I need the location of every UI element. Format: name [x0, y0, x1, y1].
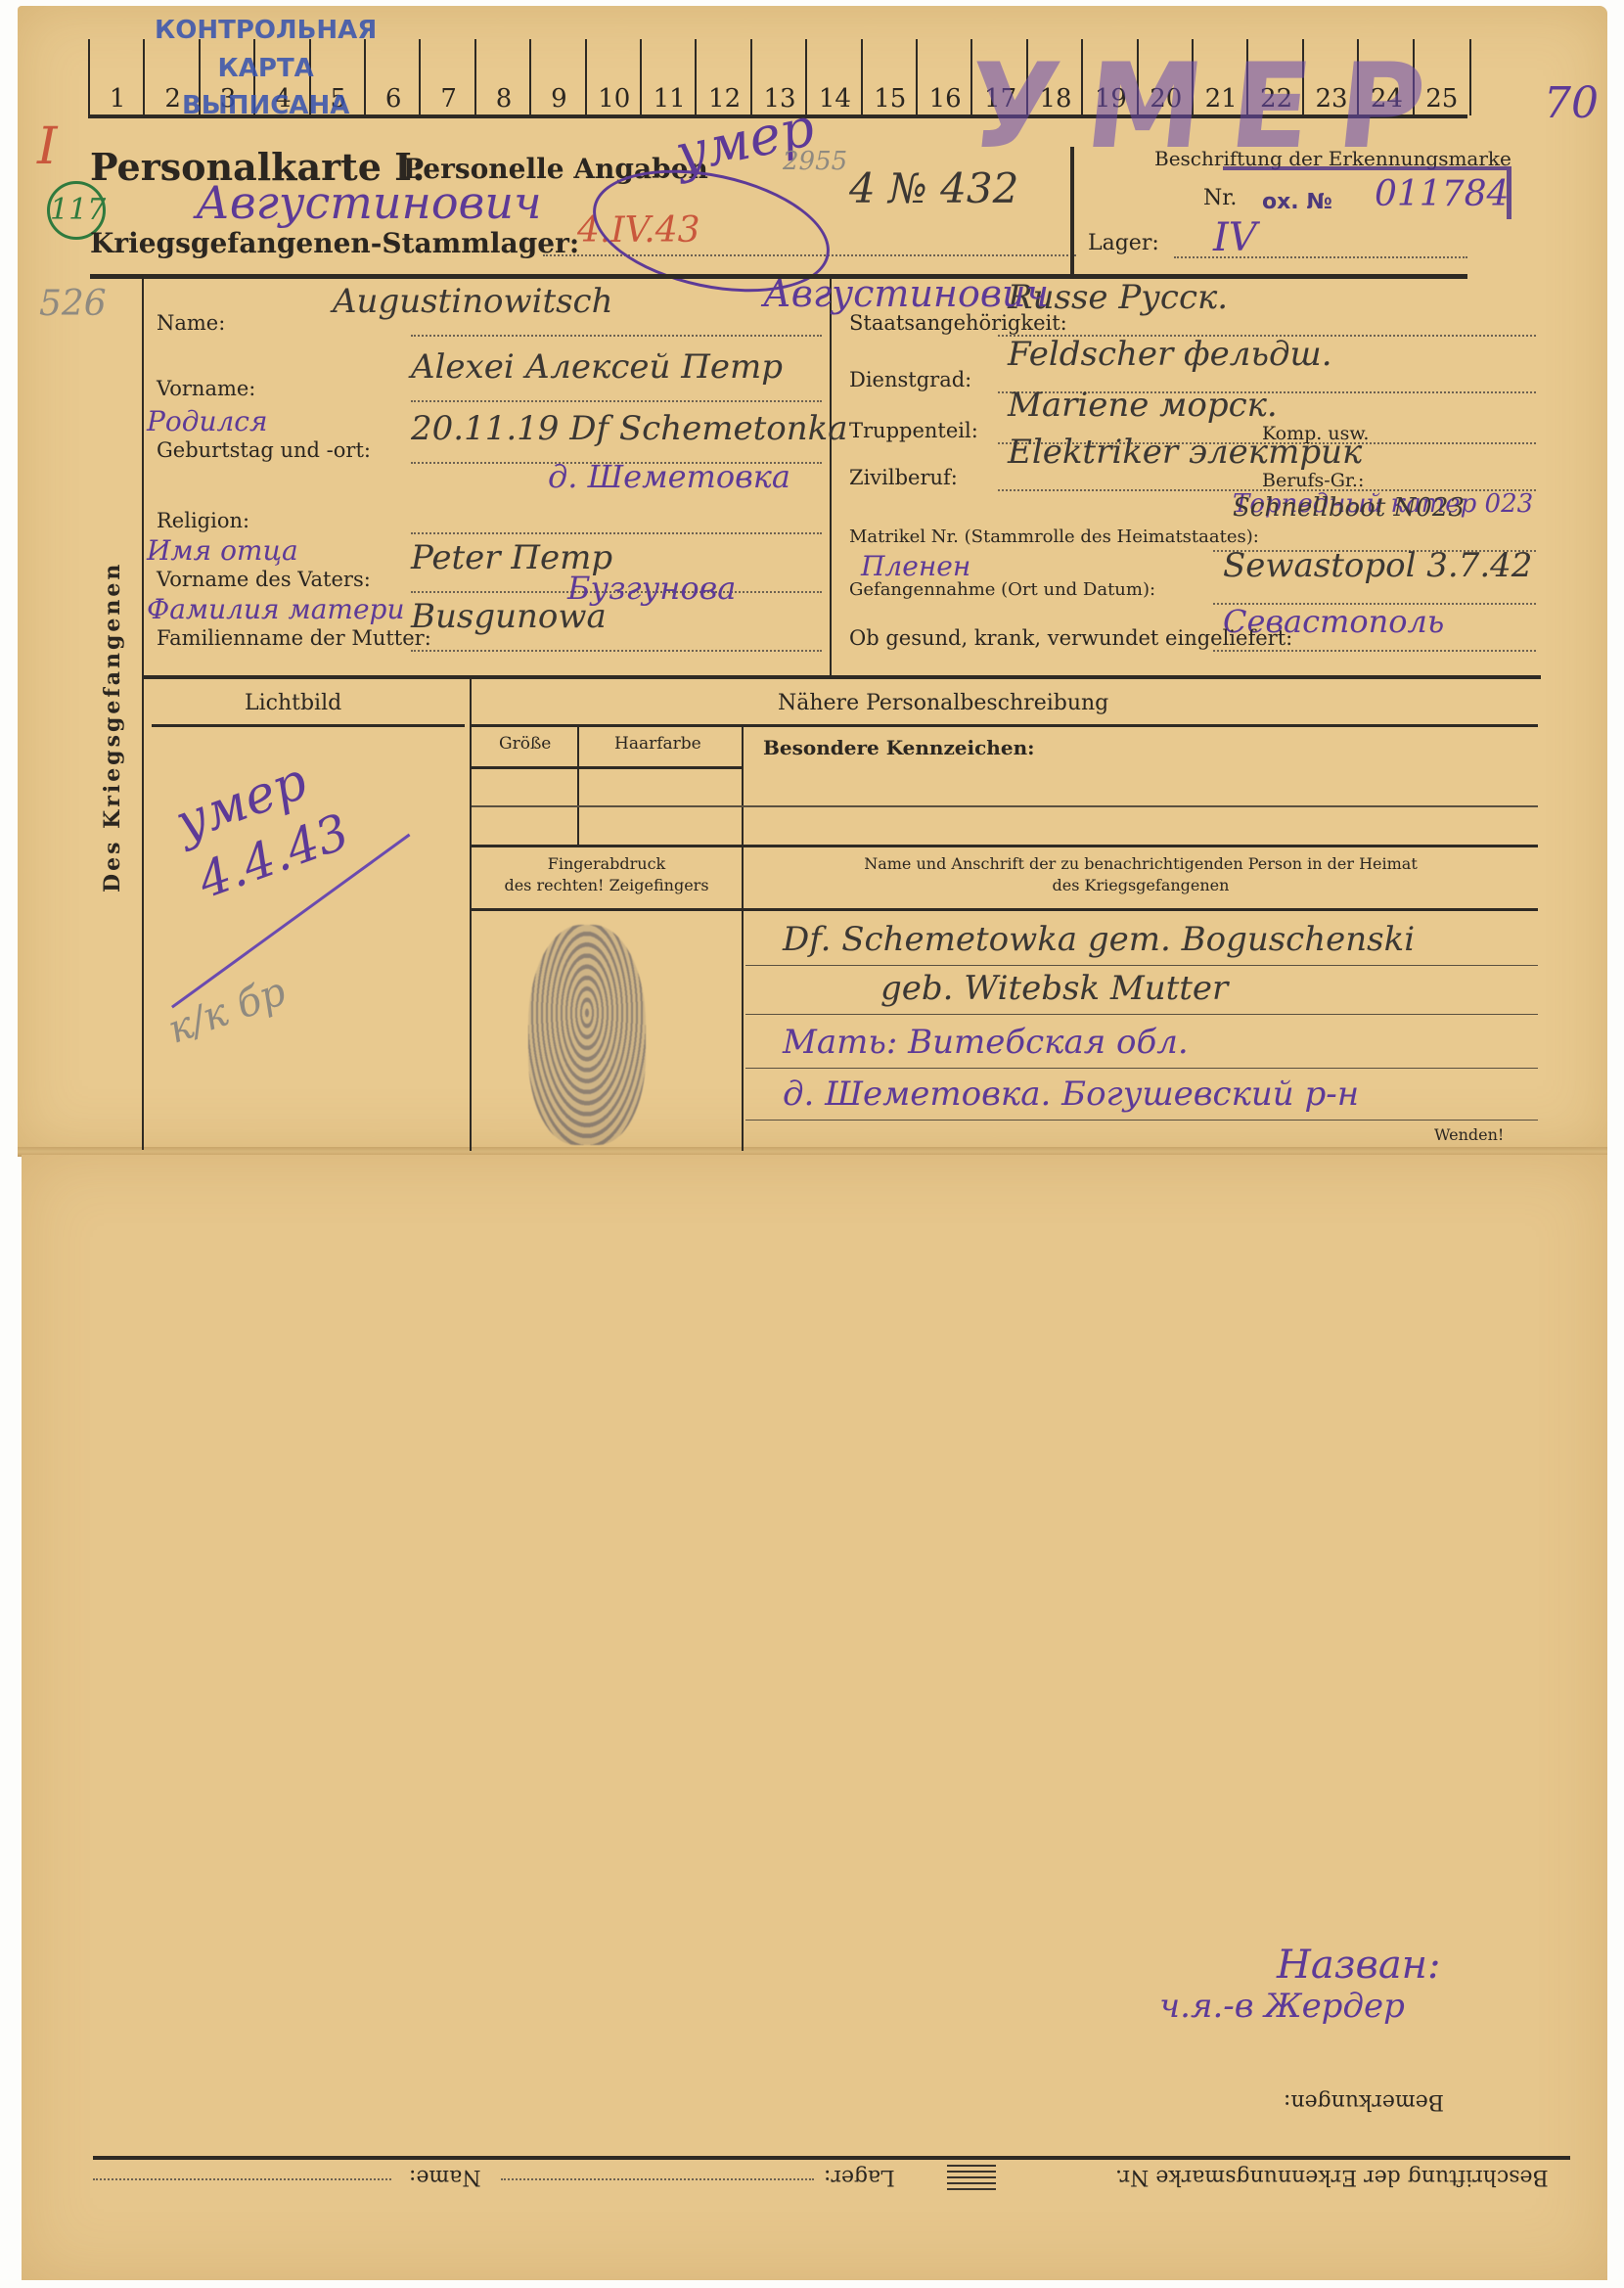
kontrolnaya-stamp: КОНТРОЛЬНАЯ КАРТА ВЫПИСАНА — [155, 18, 377, 119]
bemerkungen-label: Bemerkungen: — [1284, 2089, 1444, 2114]
kennzeichen-label: Besondere Kennzeichen: — [763, 736, 1035, 759]
haarfarbe-divider — [742, 727, 744, 845]
strip-cell: 14 — [805, 39, 862, 115]
stamp-line-3: ВЫПИСАНА — [155, 93, 377, 119]
field-note: Имя отца — [147, 534, 298, 567]
field-note: Фамилия матери — [147, 593, 404, 625]
strip-cell: 12 — [695, 39, 751, 115]
contact-label: Name und Anschrift der zu benachrichtige… — [744, 853, 1538, 896]
strip-cell: 10 — [585, 39, 642, 115]
contact-line: Df. Schemetowka gem. Boguschenski — [783, 920, 1415, 959]
lager-value: IV — [1213, 215, 1257, 260]
beschreibung-rule — [472, 724, 1538, 727]
field-extra: Бузгунова — [567, 570, 736, 607]
strip-number: 8 — [476, 84, 531, 114]
field-label: Familienname der Mutter: — [157, 626, 431, 650]
field-extra: д. Шеметовка — [548, 458, 790, 495]
marke-stamp-bracket — [1223, 166, 1511, 219]
field-overlay: Августинович — [763, 272, 1049, 315]
side-label: Des Kriegsgefangenen — [100, 562, 125, 892]
field-value: Schnellboot N023 — [1233, 493, 1465, 523]
pencil-526: 526 — [39, 284, 107, 324]
strip-cell: 16 — [916, 39, 972, 115]
footer-name-label: Name: — [409, 2165, 481, 2189]
haarfarbe-label: Haarfarbe — [614, 734, 701, 754]
field-label: Matrikel Nr. (Stammrolle des Heimatstaat… — [849, 526, 1259, 547]
field-value: Mariene морск. — [1008, 386, 1278, 425]
contact-rule-line — [745, 1068, 1538, 1069]
footer-rule — [93, 2156, 1570, 2160]
contact-rule-line — [745, 1014, 1538, 1015]
finger-label: Fingerabdruck des rechten! Zeigefingers — [472, 853, 742, 896]
strip-cell: 15 — [861, 39, 918, 115]
contact-label-1: Name und Anschrift der zu benachrichtige… — [744, 853, 1538, 875]
field-value: Alexei Алексей Петр — [411, 347, 783, 387]
field-value: Sewastopol 3.7.42 — [1223, 546, 1532, 585]
col-divider — [830, 279, 832, 675]
strip-number: 14 — [807, 84, 862, 114]
strip-number: 1 — [90, 84, 145, 114]
contact-rule-line — [745, 965, 1538, 966]
field-label: Dienstgrad: — [849, 368, 971, 391]
footer-name-line — [93, 2178, 391, 2180]
strip-number: 10 — [587, 84, 642, 114]
field-line — [411, 650, 822, 652]
violet-70: 70 — [1544, 78, 1599, 128]
signature-line-2: ч.я.-в Жердер — [1159, 1987, 1405, 2026]
field-label: Zivilberuf: — [849, 466, 958, 489]
strip-number: 15 — [863, 84, 918, 114]
field-label: Gefangennahme (Ort und Datum): — [849, 579, 1155, 600]
field-value: 20.11.19 Df Schemetonka — [411, 409, 847, 448]
strip-cell: 8 — [474, 39, 531, 115]
field-note: Родился — [147, 405, 268, 437]
field-label: Truppenteil: — [849, 419, 978, 442]
footer-lager-line — [501, 2178, 814, 2180]
contact-rule-line — [745, 1120, 1538, 1121]
strip-number: 7 — [421, 84, 475, 114]
frame-left — [142, 279, 144, 1150]
card-number: 4 № 432 — [849, 164, 1018, 212]
groesse-label: Größe — [499, 734, 551, 754]
contact-rule — [472, 908, 1538, 911]
field-label: Ob gesund, krank, verwundet eingeliefert… — [849, 626, 1292, 650]
strip-number: 11 — [642, 84, 697, 114]
field-label: Geburtstag und -ort: — [157, 438, 371, 462]
field-label: Vorname des Vaters: — [157, 568, 371, 591]
marke-box-left — [1070, 147, 1074, 274]
lager-label: Lager: — [1088, 231, 1159, 255]
finger-label-1: Fingerabdruck — [472, 853, 742, 875]
photo-divider — [470, 679, 472, 1151]
contact-line: geb. Witebsk Mutter — [880, 969, 1228, 1008]
field-value: Elektriker электрик — [1008, 433, 1362, 472]
wenden-label: Wenden! — [1434, 1125, 1504, 1144]
signature-line-1: Назван: — [1277, 1943, 1441, 1988]
grey-number: 2955 — [783, 147, 847, 176]
field-note: Пленен — [861, 550, 970, 582]
fingerprint-image — [528, 925, 646, 1145]
lichtbild-label: Lichtbild — [245, 691, 341, 715]
footer-lager-label: Lager: — [824, 2165, 895, 2189]
strip-cell: 7 — [419, 39, 475, 115]
lichtbild-rule — [152, 724, 465, 727]
field-line — [411, 532, 822, 534]
groesse-divider — [577, 727, 579, 845]
field-value: Augustinowitsch — [333, 282, 613, 321]
field-label: Religion: — [157, 509, 249, 532]
field-label: Name: — [157, 311, 225, 335]
surname-cyrillic: Августинович — [196, 176, 542, 229]
footer-marke-lines — [947, 2165, 996, 2190]
finger-rule — [472, 845, 1538, 847]
stamp-line-2: КАРТА — [155, 56, 377, 82]
strip-number: 16 — [918, 84, 972, 114]
contact-label-2: des Kriegsgefangenen — [744, 875, 1538, 896]
strip-cell: 9 — [529, 39, 586, 115]
field-line — [1213, 650, 1536, 652]
field-label: Vorname: — [157, 377, 255, 400]
size-hair-rule — [472, 766, 742, 769]
red-margin-mark: I — [37, 117, 58, 176]
contact-line: д. Шеметовка. Богушевский р-н — [783, 1075, 1359, 1114]
strip-number: 9 — [531, 84, 586, 114]
contact-line: Мать: Витебская обл. — [783, 1023, 1189, 1062]
strip-cell: 1 — [88, 39, 145, 115]
finger-label-2: des rechten! Zeigefingers — [472, 875, 742, 896]
section-rule — [142, 675, 1541, 679]
strip-cell: 11 — [640, 39, 697, 115]
kennzeichen-line — [472, 805, 1538, 807]
stamp-line-1: КОНТРОЛЬНАЯ — [155, 18, 377, 44]
beschreibung-label: Nähere Personalbeschreibung — [778, 691, 1108, 715]
field-value: Feldscher фельдш. — [1008, 335, 1332, 374]
footer-marke-label: Beschriftung der Erkennungsmarke Nr. — [1115, 2165, 1549, 2189]
field-sub-label: Berufs-Gr.: — [1262, 470, 1364, 491]
stammlager-label: Kriegsgefangenen-Stammlager: — [90, 227, 579, 259]
lager-line — [1174, 256, 1467, 258]
field-line — [411, 400, 822, 402]
field-line — [411, 335, 822, 337]
